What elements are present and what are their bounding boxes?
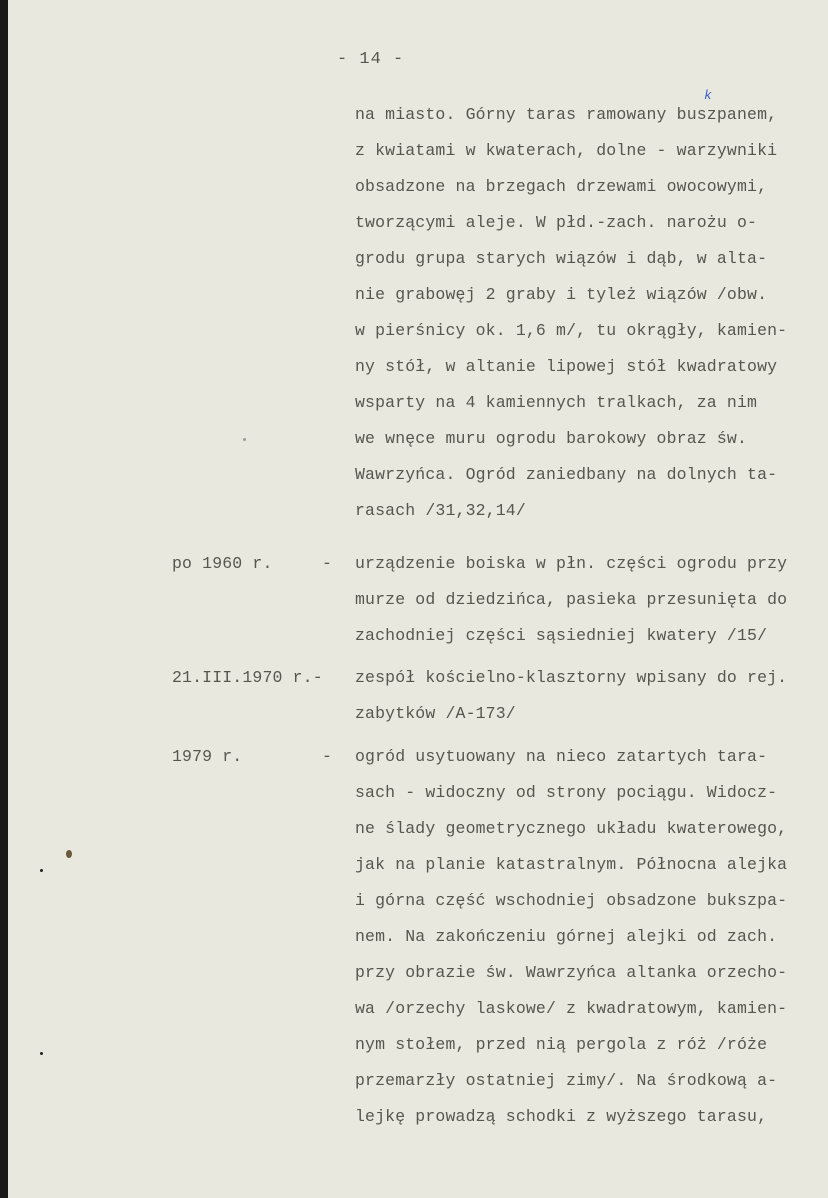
text-line: wsparty na 4 kamiennych tralkach, za nim: [355, 393, 757, 412]
text-line: jak na planie katastralnym. Północna ale…: [355, 855, 787, 874]
text-line: na miasto. Górny taras ramowany buszpane…: [355, 105, 777, 124]
text-line: zabytków /A-173/: [355, 704, 516, 723]
entry-date: po 1960 r.: [172, 554, 273, 573]
text-line: ny stół, w altanie lipowej stół kwadrato…: [355, 357, 777, 376]
text-line: we wnęce muru ogrodu barokowy obraz św.: [355, 429, 747, 448]
text-line: wa /orzechy laskowe/ z kwadratowym, kami…: [355, 999, 787, 1018]
text-line: obsadzone na brzegach drzewami owocowymi…: [355, 177, 767, 196]
text-line: murze od dziedzińca, pasieka przesunięta…: [355, 590, 787, 609]
text-line: urządzenie boiska w płn. części ogrodu p…: [355, 554, 787, 573]
entry-dash: -: [322, 747, 332, 766]
paper-speck: [66, 850, 72, 858]
paper-speck: [40, 869, 43, 872]
text-line: z kwiatami w kwaterach, dolne - warzywni…: [355, 141, 777, 160]
entry-date: 1979 r.: [172, 747, 242, 766]
text-line: tworzącymi aleje. W płd.-zach. narożu o-: [355, 213, 757, 232]
page-number: - 14 -: [337, 50, 404, 69]
entry-date: 21.III.1970 r.-: [172, 668, 323, 687]
text-line: rasach /31,32,14/: [355, 501, 526, 520]
text-line: i górna część wschodniej obsadzone buksz…: [355, 891, 787, 910]
text-line: w pierśnicy ok. 1,6 m/, tu okrągły, kami…: [355, 321, 787, 340]
text-line: ne ślady geometrycznego układu kwaterowe…: [355, 819, 787, 838]
text-line: grodu grupa starych wiązów i dąb, w alta…: [355, 249, 767, 268]
text-line: Wawrzyńca. Ogród zaniedbany na dolnych t…: [355, 465, 777, 484]
text-line: przy obrazie św. Wawrzyńca altanka orzec…: [355, 963, 787, 982]
text-line: nie grabowęj 2 graby i tyleż wiązów /obw…: [355, 285, 767, 304]
text-line: przemarzły ostatniej zimy/. Na środkową …: [355, 1071, 777, 1090]
text-line: sach - widoczny od strony pociągu. Widoc…: [355, 783, 777, 802]
text-line: zespół kościelno-klasztorny wpisany do r…: [355, 668, 787, 687]
paper-speck: [243, 438, 246, 441]
text-line: zachodniej części sąsiedniej kwatery /15…: [355, 626, 767, 645]
text-line: ogród usytuowany na nieco zatartych tara…: [355, 747, 767, 766]
scan-edge: [0, 0, 8, 1198]
paper-speck: [40, 1052, 43, 1055]
handwritten-correction: k: [704, 88, 712, 103]
text-line: lejkę prowadzą schodki z wyższego tarasu…: [355, 1107, 767, 1126]
text-line: nem. Na zakończeniu górnej alejki od zac…: [355, 927, 777, 946]
entry-dash: -: [322, 554, 332, 573]
text-line: nym stołem, przed nią pergola z róż /róż…: [355, 1035, 767, 1054]
